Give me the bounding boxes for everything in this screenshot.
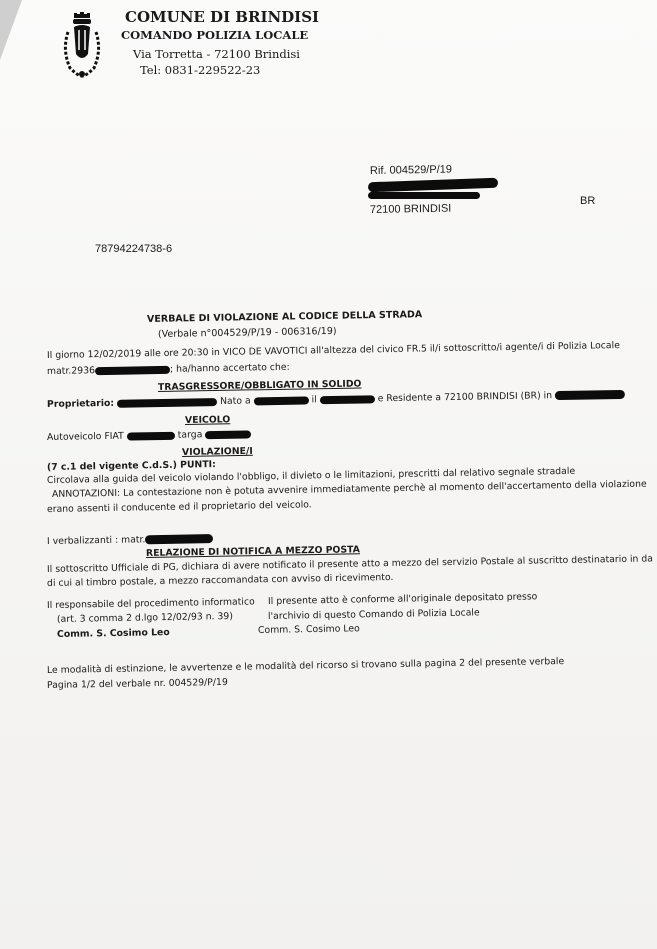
sig-right-line-2: l'archivio di questo Comando di Polizia … bbox=[268, 607, 480, 622]
notifica-title: RELAZIONE DI NOTIFICA A MEZZO POSTA bbox=[146, 544, 360, 559]
section-violazione: VIOLAZIONE/I bbox=[182, 446, 253, 458]
redacted-plate bbox=[205, 430, 251, 439]
vehicle-line: Autoveicolo FIAT targa bbox=[47, 428, 252, 443]
redacted-address bbox=[368, 192, 480, 199]
phone: Tel: 0831-229522-23 bbox=[140, 63, 260, 77]
sig-right-line-1: Il presente atto è conforme all'original… bbox=[268, 591, 538, 607]
redacted-street bbox=[555, 390, 625, 400]
address: Via Torretta - 72100 Brindisi bbox=[133, 47, 300, 61]
notifica-line-2: di cui al timbro postale, a mezzo raccom… bbox=[47, 572, 394, 589]
redacted-verbalizzanti bbox=[145, 534, 213, 544]
folded-corner bbox=[0, 0, 22, 60]
redacted-name bbox=[368, 178, 498, 193]
section-veicolo: VEICOLO bbox=[185, 414, 230, 426]
proprietario-line: Proprietario: Nato a il e Residente a 72… bbox=[47, 389, 625, 410]
municipal-crest-icon bbox=[60, 12, 104, 82]
document-page: COMUNE DI BRINDISI COMANDO POLIZIA LOCAL… bbox=[0, 0, 657, 949]
redacted-owner-name bbox=[117, 398, 217, 408]
department-name: COMANDO POLIZIA LOCALE bbox=[121, 28, 308, 42]
officer-matr: matr.2936 bbox=[47, 365, 95, 377]
reference-number: Rif. 004529/P/19 bbox=[370, 164, 452, 177]
sig-right-name: Comm. S. Cosimo Leo bbox=[258, 623, 360, 636]
sig-left-line-1: Il responsabile del procedimento informa… bbox=[47, 596, 255, 611]
punti-line: (7 c.1 del vigente C.d.S.) PUNTI: bbox=[47, 459, 216, 473]
footer-note: Le modalità di estinzione, le avvertenze… bbox=[47, 656, 564, 676]
section-trasgressore: TRASGRESSORE/OBBLIGATO IN SOLIDO bbox=[158, 378, 362, 393]
annotazioni-line-2: erano assenti il conducente ed il propri… bbox=[47, 499, 312, 515]
page-info: Pagina 1/2 del verbale nr. 004529/P/19 bbox=[47, 677, 228, 691]
sig-left-name: Comm. S. Cosimo Leo bbox=[57, 627, 170, 640]
recipient-city: 72100 BRINDISI bbox=[370, 203, 452, 216]
verbale-title: VERBALE DI VIOLAZIONE AL CODICE DELLA ST… bbox=[147, 309, 422, 325]
intro-line-1: Il giorno 12/02/2019 alle ore 20:30 in V… bbox=[47, 340, 620, 361]
redacted-birthplace bbox=[254, 396, 309, 405]
redacted-vehicle-model bbox=[127, 431, 175, 440]
municipality-name: COMUNE DI BRINDISI bbox=[125, 8, 319, 26]
redacted-matr bbox=[95, 365, 170, 374]
intro-line-2: matr.2936; ha/hanno accertato che: bbox=[47, 362, 290, 377]
recipient-province: BR bbox=[580, 195, 595, 207]
verbalizzanti-line: I verbalizzanti : matr. bbox=[47, 533, 214, 547]
redacted-birthdate bbox=[320, 395, 375, 404]
sig-left-line-2: (art. 3 comma 2 d.lgo 12/02/93 n. 39) bbox=[57, 611, 233, 625]
verbale-subtitle: (Verbale n°004529/P/19 - 006316/19) bbox=[158, 326, 337, 340]
barcode-number: 78794224738-6 bbox=[95, 243, 172, 255]
